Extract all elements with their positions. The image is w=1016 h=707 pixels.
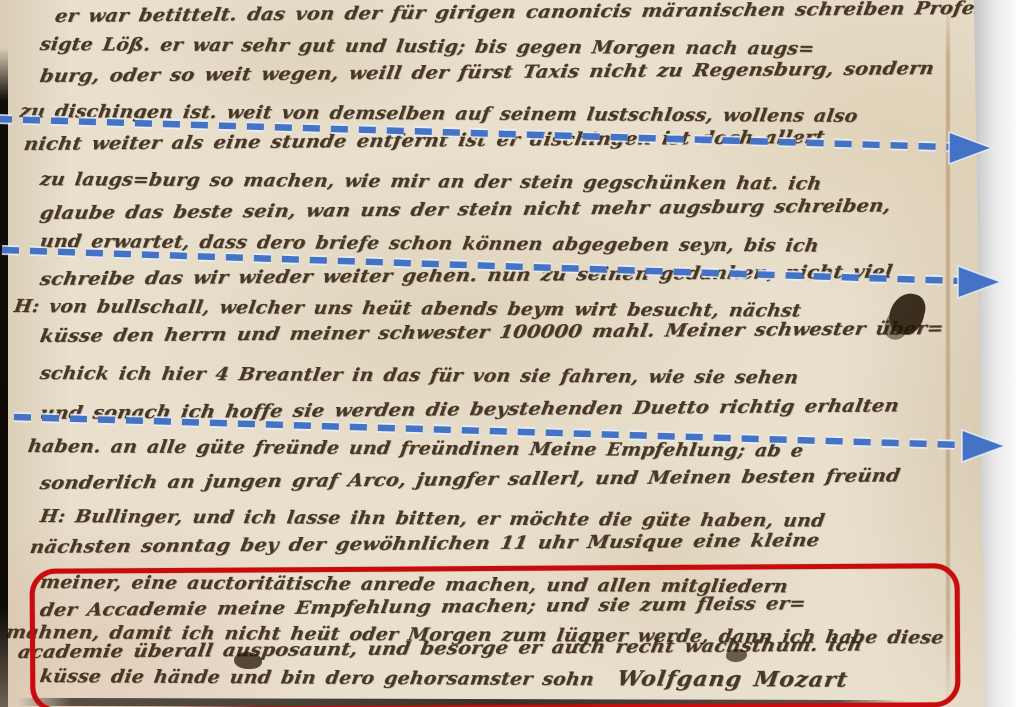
arrow-right-icon [949,132,992,164]
arrow-right-icon [958,266,1001,298]
annotation-arrow-3 [14,417,1005,462]
annotation-overlay [0,0,1016,707]
arrow-right-icon [962,430,1005,462]
manuscript-scan: er war betittelt. das von der für girige… [0,0,1016,707]
annotation-arrow-1 [0,119,992,164]
annotation-arrow-2 [2,250,1001,298]
